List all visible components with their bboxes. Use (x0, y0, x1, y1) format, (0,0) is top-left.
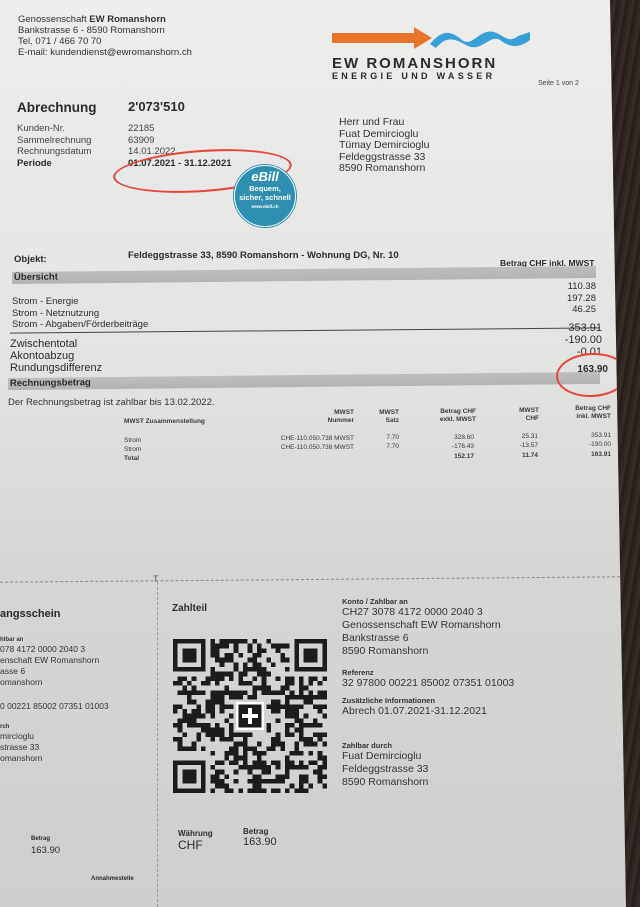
meta-label-collective-invoice: Sammelrechnung (17, 135, 91, 147)
perforation-marker-icon: T (153, 574, 159, 584)
header-line: MWST (379, 409, 399, 417)
vat-row-incl: 163.91 (591, 451, 611, 459)
vat-row-vat: 25.31 (522, 433, 538, 441)
payment-amount-label: Betrag (243, 827, 268, 836)
object-value: Feldeggstrasse 33, 8590 Romanshorn - Woh… (128, 250, 399, 261)
vat-row-excl: 328.60 (454, 434, 474, 442)
header-line: Betrag CHF (440, 408, 476, 416)
value-deposit-deduction: -190.00 (520, 334, 602, 346)
sender-phone: Tel. 071 / 466 70 70 (18, 36, 192, 47)
payment-payer-line: 8590 Romanshorn (342, 776, 428, 789)
invoice-number: 2'073'510 (128, 99, 185, 114)
invoice-paper: Genossenschaft EW Romanshorn Bankstrasse… (0, 0, 640, 907)
item-label-energy: Strom - Energie (12, 296, 148, 308)
meta-value-customer-no: 22185 (128, 123, 232, 135)
vat-row-number: CHE-110.050.738 MWST (281, 435, 354, 443)
sender-org-name: EW Romanshorn (89, 14, 166, 25)
invoice-title: Abrechnung (17, 100, 97, 115)
recipient-line: Herr und Frau (339, 117, 429, 129)
receipt-reference: 0 00221 85002 07351 01003 (0, 701, 109, 712)
payment-part-title: Zahlteil (172, 603, 207, 614)
company-logo: EW ROMANSHORN ENERGIE UND WASSER (332, 26, 532, 86)
receipt-account-line: enschaft EW Romanshorn (0, 655, 99, 666)
invoice-meta-labels: Kunden-Nr. Sammelrechnung Rechnungsdatum… (17, 123, 91, 169)
payment-payer-label: Zahlbar durch (342, 741, 428, 750)
receipt-payer-line: mircioglu (0, 731, 43, 742)
header-line: Satz (379, 417, 399, 425)
vat-row-rate: 7.70 (386, 434, 399, 442)
recipient-line: Tümay Demircioglu (339, 140, 429, 152)
receipt-account-label: hlbar an (0, 636, 99, 644)
payment-additional-info: Zusätzliche Informationen Abrech 01.07.2… (342, 696, 487, 718)
currency-value: CHF (178, 838, 203, 852)
header-line: CHF (519, 415, 539, 423)
payment-additional-label: Zusätzliche Informationen (342, 696, 487, 705)
label-rounding: Rundungsdifferenz (10, 362, 102, 374)
adjustment-labels: Zwischentotal Akontoabzug Rundungsdiffer… (10, 338, 102, 374)
sender-street: Bankstrasse 6 - 8590 Romanshorn (18, 25, 192, 36)
vat-row-rate: 7.70 (386, 443, 399, 451)
page-indicator: Seite 1 von 2 (538, 80, 579, 87)
label-subtotal: Zwischentotal (10, 338, 102, 350)
receipt-account-line: omanshorn (0, 677, 99, 688)
overview-header-band: Übersicht (12, 266, 596, 284)
header-line: MWST (328, 409, 354, 417)
receipt-payer-label: rch (0, 723, 43, 731)
ebill-slogan-2: sicher, schnell (235, 193, 295, 202)
receipt-amount: 163.90 (31, 845, 60, 856)
payment-account-label: Konto / Zahlbar an (342, 597, 501, 606)
payment-account-line: Genossenschaft EW Romanshorn (342, 619, 501, 632)
ebill-slogan-1: Bequem, (235, 184, 295, 193)
swiss-qr-code[interactable] (173, 639, 327, 793)
receipt-payer-line: strasse 33 (0, 742, 43, 753)
item-label-grid: Strom - Netznutzung (12, 308, 148, 320)
header-line: Betrag CHF (575, 405, 611, 413)
vat-header-excl: Betrag CHFexkl. MWST (440, 408, 476, 423)
payment-reference-label: Referenz (342, 668, 514, 677)
vat-header-number: MWSTNummer (328, 409, 354, 424)
receipt-payer-line: omanshorn (0, 753, 43, 764)
label-deposit-deduction: Akontoabzug (10, 350, 102, 362)
vat-row-label: Strom (124, 446, 141, 454)
sender-address: Genossenschaft EW Romanshorn Bankstrasse… (18, 14, 192, 58)
receipt-amount-label: Betrag (31, 836, 50, 842)
due-date-text: Der Rechnungsbetrag ist zahlbar bis 13.0… (8, 397, 215, 408)
payment-payer: Zahlbar durch Fuat Demircioglu Feldeggst… (342, 741, 428, 789)
perforation-horizontal (0, 576, 620, 582)
sender-email: E-mail: kundendienst@ewromanshorn.ch (18, 47, 192, 58)
header-line: inkl. MWST (575, 413, 611, 421)
receipt-payer: rch mircioglu strasse 33 omanshorn (0, 723, 43, 764)
header-line: MWST (519, 407, 539, 415)
receipt-account-line: asse 6 (0, 666, 99, 677)
object-label: Objekt: (14, 254, 47, 265)
meta-label-customer-no: Kunden-Nr. (17, 123, 91, 135)
ebill-badge: eBill Bequem, sicher, schnell www.ebill.… (234, 165, 296, 227)
recipient-line: 8590 Romanshorn (339, 163, 429, 175)
receipt-account-line: 078 4172 0000 2040 3 (0, 644, 99, 655)
perforation-vertical (157, 582, 158, 907)
overview-section-title: Übersicht (14, 272, 58, 283)
logo-wave-icon (430, 26, 530, 50)
item-value-energy: 110.38 (520, 281, 596, 293)
logo-name: EW ROMANSHORN (332, 55, 497, 72)
overview-item-labels: Strom - Energie Strom - Netznutzung Stro… (12, 296, 148, 331)
vat-header-incl: Betrag CHFinkl. MWST (575, 405, 611, 420)
item-label-levies: Strom - Abgaben/Förderbeiträge (12, 319, 148, 331)
vat-row-excl: -176.43 (452, 443, 474, 451)
vat-row-excl: 152.17 (454, 453, 474, 461)
recipient-address: Herr und Frau Fuat Demircioglu Tümay Dem… (339, 117, 429, 175)
sender-org-prefix: Genossenschaft (18, 14, 89, 25)
vat-row-label: Total (124, 455, 139, 463)
meta-value-collective-invoice: 63909 (128, 135, 232, 147)
vat-row-incl: -190.00 (589, 441, 611, 449)
payment-payer-line: Feldeggstrasse 33 (342, 763, 428, 776)
value-subtotal: 353.91 (520, 322, 602, 334)
total-label: Rechnungsbetrag (10, 377, 91, 389)
header-line: Nummer (328, 417, 354, 425)
currency-label: Währung (178, 829, 213, 838)
logo-arrow-icon (332, 33, 416, 43)
receipt-account: hlbar an 078 4172 0000 2040 3 enschaft E… (0, 636, 99, 688)
receipt-title: angsschein (0, 608, 61, 620)
payment-reference-value: 32 97800 00221 85002 07351 01003 (342, 677, 514, 690)
overview-item-values: 110.38 197.28 46.25 (520, 281, 596, 316)
vat-header-vat: MWSTCHF (519, 407, 539, 422)
vat-row-label: Strom (124, 437, 141, 445)
item-value-levies: 46.25 (520, 304, 596, 316)
header-line: exkl. MWST (440, 416, 476, 424)
item-value-grid: 197.28 (520, 293, 596, 305)
payment-reference: Referenz 32 97800 00221 85002 07351 0100… (342, 668, 514, 690)
ebill-url: www.ebill.ch (235, 204, 295, 209)
vat-table-title: MWST Zusammenstellung (124, 418, 205, 426)
payment-additional-value: Abrech 01.07.2021-31.12.2021 (342, 705, 487, 718)
logo-subtitle: ENERGIE UND WASSER (332, 71, 495, 81)
payment-account-line: 8590 Romanshorn (342, 645, 501, 658)
vat-row-number: CHE-110.050.738 MWST (281, 444, 354, 452)
meta-label-period: Periode (17, 158, 91, 170)
acceptance-point-label: Annahmestelle (91, 876, 134, 882)
vat-row-vat: 11.74 (522, 452, 538, 460)
payment-amount: 163.90 (243, 836, 277, 848)
payment-payer-line: Fuat Demircioglu (342, 750, 428, 763)
total-band: Rechnungsbetrag (8, 372, 600, 390)
payment-account: Konto / Zahlbar an CH27 3078 4172 0000 2… (342, 597, 501, 658)
payment-account-line: Bankstrasse 6 (342, 632, 501, 645)
vat-header-rate: MWSTSatz (379, 409, 399, 424)
vat-row-vat: -13.57 (520, 442, 538, 450)
meta-label-invoice-date: Rechnungsdatum (17, 146, 91, 158)
vat-row-incl: 353.91 (591, 432, 611, 440)
payment-account-line: CH27 3078 4172 0000 2040 3 (342, 606, 501, 619)
ebill-title: eBill (235, 169, 295, 184)
